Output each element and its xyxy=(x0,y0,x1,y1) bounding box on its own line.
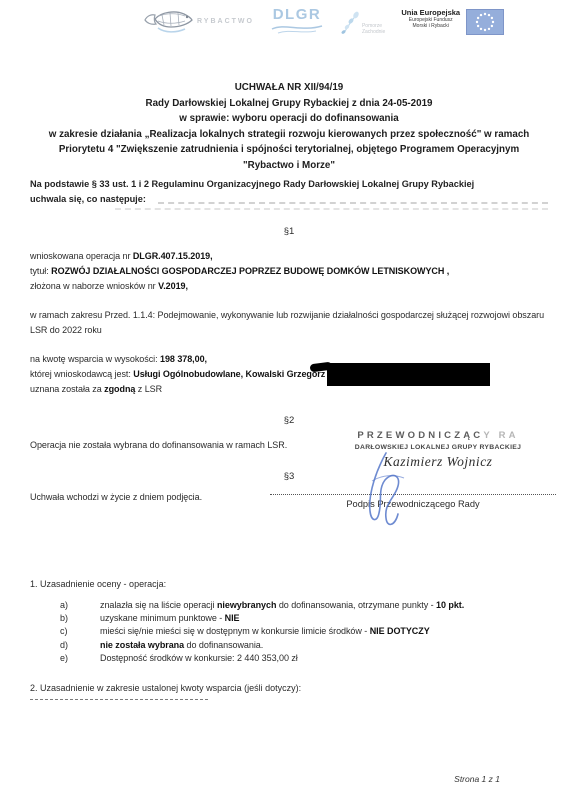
item-label: e) xyxy=(60,652,100,665)
eu-logo-text: Unia Europejska Europejski Fundusz Morsk… xyxy=(401,9,460,29)
legal-basis-line2: uchwala się, co następuje: xyxy=(30,192,146,207)
title-line5: Priorytetu 4 "Zwiększenie zatrudnienia i… xyxy=(30,142,548,158)
scope-line1: w ramach zakresu Przed. 1.1.4: Podejmowa… xyxy=(30,308,548,323)
eu-title: Unia Europejska xyxy=(401,9,460,17)
wave-icon xyxy=(270,23,324,35)
justification-1-heading: 1. Uzasadnienie oceny - operacja: xyxy=(30,579,548,589)
dlgr-logo: DLGR xyxy=(270,8,324,40)
item-label: a) xyxy=(60,599,100,612)
dlgr-logo-text: DLGR xyxy=(270,8,324,22)
item-text2: do dofinansowania. xyxy=(184,640,263,650)
amount-prefix: na kwotę wsparcia w wysokości: xyxy=(30,354,160,364)
page-number: Strona 1 z 1 xyxy=(454,774,500,784)
item-label: b) xyxy=(60,612,100,625)
list-item: d) nie została wybrana do dofinansowania… xyxy=(30,639,548,652)
rybactwo-logo-text: RYBACTWO xyxy=(197,18,254,25)
title-line3: w sprawie: wyboru operacji do dofinansow… xyxy=(30,111,548,127)
item-label: d) xyxy=(60,639,100,652)
title-line2: Rady Darłowskiej Lokalnej Grupy Rybackie… xyxy=(30,96,548,112)
sprig-icon xyxy=(340,11,362,37)
legal-basis-line1: Na podstawie § 33 ust. 1 i 2 Regulaminu … xyxy=(30,177,548,192)
document-title: UCHWAŁA NR XII/94/19 Rady Darłowskiej Lo… xyxy=(30,80,548,173)
fish-icon xyxy=(142,7,194,35)
accepted-suffix: z LSR xyxy=(135,384,162,394)
dashed-filler-2 xyxy=(115,208,548,210)
list-item: b) uzyskane minimum punktowe - NIE xyxy=(30,612,548,625)
call-number-prefix: złożona w naborze wniosków nr xyxy=(30,281,158,291)
item-bold: NIE DOTYCZY xyxy=(370,626,430,636)
applicant-prefix: której wnioskodawcą jest: xyxy=(30,369,133,379)
operation-title: ROZWÓJ DZIAŁALNOŚCI GOSPODARCZEJ POPRZEZ… xyxy=(51,266,449,276)
eu-logo: Unia Europejska Europejski Fundusz Morsk… xyxy=(401,9,504,35)
stamp-title-fade: Y RA xyxy=(483,430,518,441)
applicant-name: Usługi Ogólnobudowlane, Kowalski Grzegor… xyxy=(133,369,325,379)
section-1-heading: §1 xyxy=(30,226,548,237)
pomorze-logo-text: Pomorze Zachodnie xyxy=(362,23,385,35)
accepted-prefix: uznana została za xyxy=(30,384,104,394)
operation-details: wnioskowana operacja nr DLGR.407.15.2019… xyxy=(30,249,548,294)
header-logos: RYBACTWO DLGR Pomorze Zachodnie xyxy=(142,7,576,47)
item-text2: do dofinansowania, otrzymane punkty - xyxy=(276,600,436,610)
list-item: c) mieści się/nie mieści się w dostępnym… xyxy=(30,625,548,638)
operation-title-prefix: tytuł: xyxy=(30,266,51,276)
dashed-filler xyxy=(158,202,548,204)
item-text: znalazła się na liście operacji xyxy=(100,600,217,610)
item-text: mieści się/nie mieści się w dostępnym w … xyxy=(100,626,370,636)
redaction-box xyxy=(327,363,490,386)
accepted-bold: zgodną xyxy=(104,384,135,394)
stamp-organization: DARŁOWSKIEJ LOKALNEJ GRUPY RYBACKIEJ xyxy=(340,444,536,451)
list-item: a) znalazła się na liście operacji niewy… xyxy=(30,599,548,612)
item-bold: nie została wybrana xyxy=(100,640,184,650)
rybactwo-logo: RYBACTWO xyxy=(142,7,254,35)
item-bold: niewybranych xyxy=(217,600,276,610)
support-details: na kwotę wsparcia w wysokości: 198 378,0… xyxy=(30,352,548,397)
dashed-placeholder-line xyxy=(30,699,208,700)
call-number: V.2019, xyxy=(158,281,188,291)
justification-2-heading: 2. Uzasadnienie w zakresie ustalonej kwo… xyxy=(30,683,548,693)
pomorze-zachodnie-logo: Pomorze Zachodnie xyxy=(340,11,385,37)
stamp-title: PRZEWODNICZĄCY RA xyxy=(340,430,536,441)
pomorze-text-line2: Zachodnie xyxy=(362,29,385,35)
item-bold2: 10 pkt. xyxy=(436,600,464,610)
eu-sub2: Morski i Rybacki xyxy=(401,23,460,29)
section-2-heading: §2 xyxy=(30,415,548,426)
item-bold: NIE xyxy=(225,613,240,623)
operation-number-prefix: wnioskowana operacja nr xyxy=(30,251,133,261)
operation-scope: w ramach zakresu Przed. 1.1.4: Podejmowa… xyxy=(30,308,548,338)
item-text: Dostępność środków w konkursie: 2 440 35… xyxy=(100,653,298,663)
scope-line2: LSR do 2022 roku xyxy=(30,323,548,338)
title-line4: w zakresie działania „Realizacja lokalny… xyxy=(30,127,548,143)
document-page: RYBACTWO DLGR Pomorze Zachodnie xyxy=(0,0,576,792)
title-line1: UCHWAŁA NR XII/94/19 xyxy=(30,80,548,96)
legal-basis: Na podstawie § 33 ust. 1 i 2 Regulaminu … xyxy=(30,177,548,210)
signature-scribble xyxy=(352,451,418,537)
eu-flag-icon xyxy=(466,9,504,35)
item-label: c) xyxy=(60,625,100,638)
title-line6: "Rybactwo i Morze" xyxy=(30,158,548,174)
amount-value: 198 378,00, xyxy=(160,354,207,364)
list-item: e) Dostępność środków w konkursie: 2 440… xyxy=(30,652,548,665)
stamp-title-main: PRZEWODNICZĄC xyxy=(357,430,483,441)
justification-list: a) znalazła się na liście operacji niewy… xyxy=(30,599,548,665)
operation-number: DLGR.407.15.2019, xyxy=(133,251,213,261)
item-text: uzyskane minimum punktowe - xyxy=(100,613,225,623)
